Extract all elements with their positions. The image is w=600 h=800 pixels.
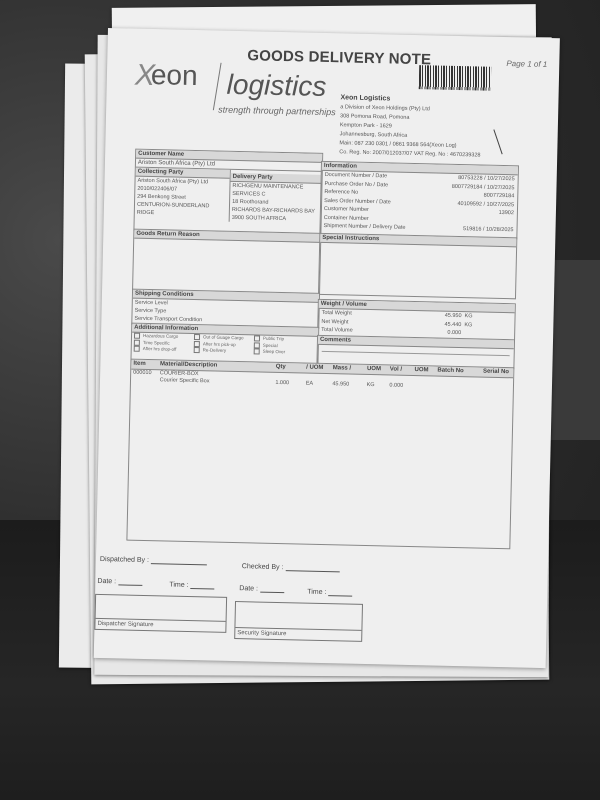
weight-row-unit: KG	[464, 312, 472, 321]
checkbox[interactable]	[194, 347, 200, 353]
additional-info-option: Sleep Over	[254, 349, 314, 357]
dispatcher-signature-box[interactable]: Dispatcher Signature	[94, 594, 227, 633]
weight-row-unit: KG	[464, 321, 472, 330]
time-line[interactable]	[328, 595, 352, 597]
table-cell: 0.000	[387, 375, 412, 390]
collecting-line: RIDGE	[135, 209, 229, 219]
date-label: Date :	[97, 578, 116, 585]
time-label: Time :	[307, 589, 326, 596]
company-address: Xeon Logistics a Division of Xeon Holdin…	[339, 93, 482, 160]
table-cell: 45.950	[330, 374, 365, 389]
additional-info-option: Re-Delivery	[194, 347, 254, 355]
logo-logistics: logistics	[226, 69, 326, 103]
option-label: After hrs pick-up	[203, 341, 236, 347]
items-column-header: Batch No	[435, 367, 481, 377]
option-label: Out of Guage Cargo	[203, 334, 244, 340]
checkbox[interactable]	[134, 346, 140, 352]
goods-return-section: Goods Return Reason	[132, 229, 321, 295]
address-line: Co. Reg. No: 2007/012037/07 VAT Reg. No …	[339, 149, 480, 158]
customer-section: Customer Name Ariston South Africa (Pty)…	[133, 149, 323, 235]
security-signature-box[interactable]: Security Signature	[234, 601, 363, 642]
table-cell: EA	[304, 374, 331, 389]
dispatched-by-line[interactable]	[151, 563, 207, 565]
logo-divider	[213, 63, 222, 111]
option-label: Sleep Over	[263, 349, 286, 355]
information-section: Information Document Number / Date807532…	[319, 161, 519, 239]
checkbox[interactable]	[194, 341, 200, 347]
comments-label: Comments	[318, 336, 514, 349]
table-cell	[481, 378, 514, 393]
address-line: Johannesburg, South Africa	[340, 131, 408, 139]
table-cell	[435, 377, 481, 392]
option-label: Hazardous Cargo	[143, 333, 178, 339]
delivery-note-page: GOODS DELIVERY NOTE Page 1 of 1 X eon lo…	[94, 28, 560, 668]
dispatcher-signature-label: Dispatcher Signature	[95, 618, 225, 632]
checkbox[interactable]	[254, 342, 260, 348]
time-label: Time :	[169, 582, 188, 589]
delivery-party: Delivery Party RICHGENU MAINTENANCE SERV…	[230, 170, 322, 224]
option-label: Special	[263, 342, 278, 347]
address-line: a Division of Xeon Holdings (Pty) Ltd	[340, 104, 430, 112]
checkbox[interactable]	[194, 334, 200, 340]
information-row-value: 13902	[499, 209, 514, 218]
option-label: Public Trip	[263, 336, 284, 341]
items-column-header: Item	[131, 360, 158, 370]
comments-line	[322, 351, 510, 356]
special-instructions-section: Special Instructions	[318, 233, 517, 299]
pen-mark	[493, 129, 502, 154]
table-cell: COURIER-BOX Courier Specific Box	[158, 370, 274, 387]
checkbox[interactable]	[254, 349, 260, 355]
checkbox[interactable]	[134, 333, 140, 339]
check-date: Date :	[239, 585, 284, 593]
items-column-header: UOM	[365, 365, 388, 375]
date-label: Date :	[239, 585, 258, 592]
items-column-header: Vol /	[388, 365, 413, 375]
collecting-party: Collecting Party Ariston South Africa (P…	[135, 168, 231, 222]
table-cell: 1.000	[273, 373, 304, 388]
information-row-value: 519816 / 10/28/2025	[463, 225, 514, 235]
option-label: Re-Delivery	[203, 348, 227, 354]
page-indicator: Page 1 of 1	[506, 59, 547, 69]
table-cell	[412, 376, 435, 391]
security-signature-label: Security Signature	[235, 627, 361, 641]
weight-rows: Total Weight45.950KGNet Weight45.440KGTo…	[318, 309, 515, 339]
dispatched-by-text: Dispatched By :	[100, 556, 149, 564]
date-line[interactable]	[260, 592, 284, 594]
document-title: GOODS DELIVERY NOTE	[247, 47, 431, 68]
time-line[interactable]	[190, 588, 214, 590]
address-line: Kempton Park - 1629	[340, 122, 392, 129]
information-rows: Document Number / Date80753228 / 10/27/2…	[320, 171, 517, 235]
goods-return-label: Goods Return Reason	[134, 230, 320, 243]
items-column-header: UOM	[412, 366, 435, 376]
information-row-value: 40109592 / 10/27/2025	[457, 199, 514, 209]
logo-eon: eon	[151, 59, 198, 92]
address-line: Main: 087 230 0301 / 0861 9368 564(Xeon …	[339, 140, 456, 149]
items-column-header: Qty	[274, 363, 305, 373]
dispatch-time: Time :	[169, 582, 214, 590]
additional-info-option: After hrs drop-off	[134, 346, 194, 354]
items-column-header: Mass /	[331, 364, 365, 374]
option-label: After hrs drop-off	[143, 346, 177, 352]
information-row-label: Shipment Number / Delivery Date	[323, 222, 405, 232]
items-column-header: Serial No	[481, 368, 514, 378]
checked-by-label: Checked By :	[242, 563, 340, 572]
additional-info-options: Hazardous CargoOut of Guage CargoPublic …	[132, 333, 318, 357]
weight-row-value: 0.000	[431, 328, 461, 337]
table-cell: KG	[365, 375, 388, 390]
date-line[interactable]	[118, 584, 142, 586]
barcode	[419, 65, 492, 91]
company-name: Xeon Logistics	[340, 94, 390, 102]
checked-by-line[interactable]	[285, 570, 339, 572]
dispatched-by-label: Dispatched By :	[100, 556, 207, 565]
items-column-header: / UOM	[304, 364, 331, 374]
items-table: ItemMaterial/DescriptionQty/ UOMMass /UO…	[126, 359, 514, 550]
option-label: Time Specific	[143, 340, 170, 346]
table-cell: 000010	[131, 370, 158, 385]
checkbox[interactable]	[254, 335, 260, 341]
special-instructions-label: Special Instructions	[320, 234, 516, 247]
checked-by-text: Checked By :	[242, 563, 284, 571]
check-time: Time :	[307, 589, 352, 597]
logo-tagline: strength through partnerships	[218, 105, 336, 118]
dispatch-date: Date :	[97, 578, 142, 586]
address-line: 308 Pomona Road, Pomona	[340, 113, 410, 121]
checkbox[interactable]	[134, 339, 140, 345]
